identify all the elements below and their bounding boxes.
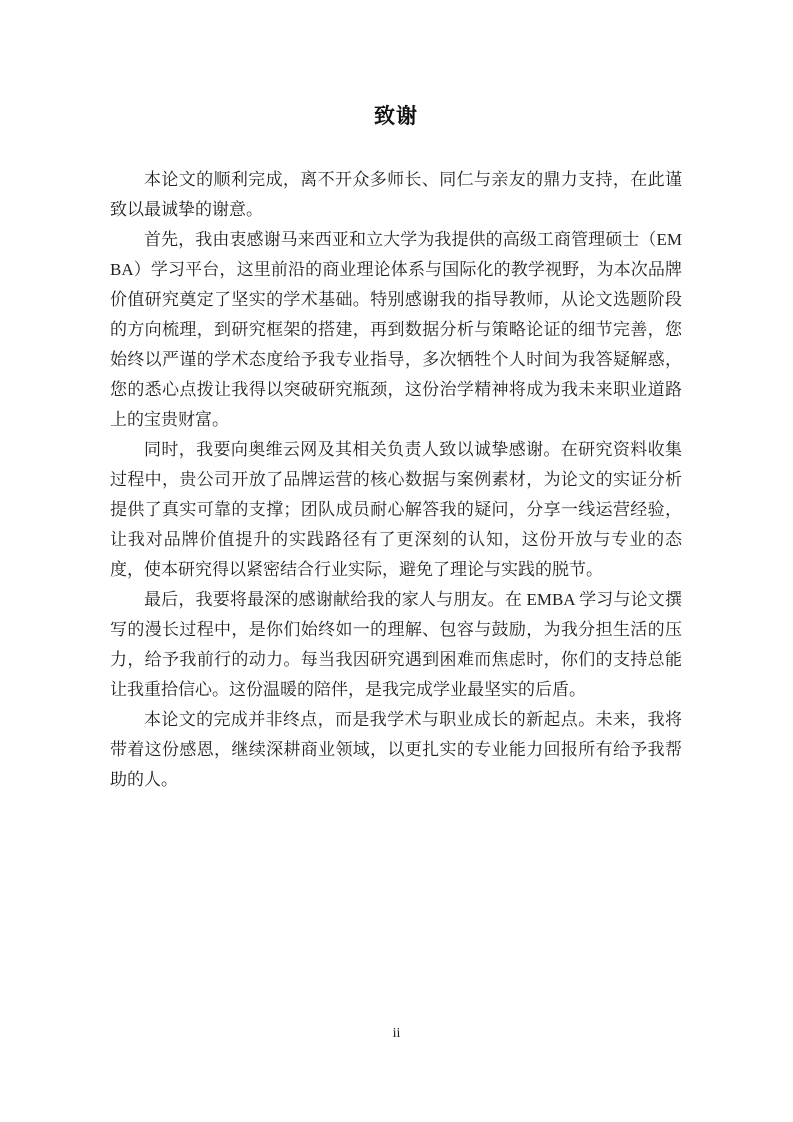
page-content: 致谢 本论文的顺利完成，离不开众多师长、同仁与亲友的鼎力支持，在此谨致以最诚挚的… (110, 103, 682, 795)
paragraph-5: 本论文的完成并非终点，而是我学术与职业成长的新起点。未来，我将带着这份感恩，继续… (110, 705, 682, 795)
paragraph-3: 同时，我要向奥维云网及其相关负责人致以诚挚感谢。在研究资料收集过程中，贵公司开放… (110, 435, 682, 585)
paragraph-2: 首先，我由衷感谢马来西亚和立大学为我提供的高级工商管理硕士（EMBA）学习平台，… (110, 225, 682, 435)
page-title: 致谢 (110, 103, 682, 129)
page-number: ii (0, 1026, 793, 1042)
document-page: 致谢 本论文的顺利完成，离不开众多师长、同仁与亲友的鼎力支持，在此谨致以最诚挚的… (0, 0, 793, 1122)
paragraph-1: 本论文的顺利完成，离不开众多师长、同仁与亲友的鼎力支持，在此谨致以最诚挚的谢意。 (110, 165, 682, 225)
paragraph-4: 最后，我要将最深的感谢献给我的家人与朋友。在 EMBA 学习与论文撰写的漫长过程… (110, 585, 682, 705)
